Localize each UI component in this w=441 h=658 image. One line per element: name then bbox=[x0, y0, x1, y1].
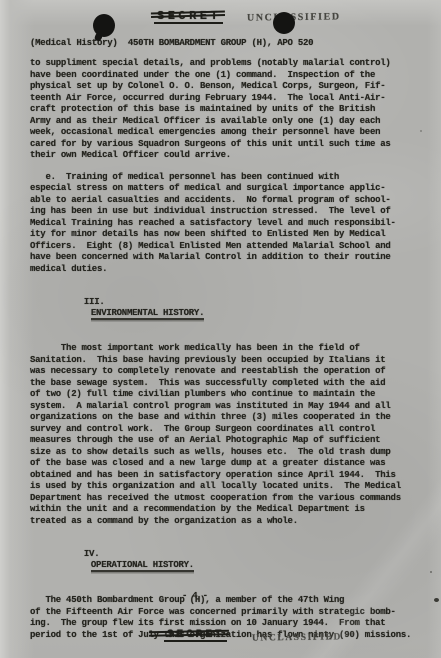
paragraph-operational-summary: The 450th Bombardment Group (H), a membe… bbox=[30, 595, 432, 641]
document-title-line: (Medical History) 450TH BOMBARDMENT GROU… bbox=[30, 38, 313, 50]
hole-punch-mark-left bbox=[93, 14, 115, 37]
paragraph-sanitation-and-malarial-control: The most important work medically has be… bbox=[30, 343, 432, 527]
page-number: - 4 - bbox=[182, 591, 208, 603]
paragraph-training-of-medical-personnel: e. Training of medical personnel has bee… bbox=[30, 172, 432, 276]
paragraph-medical-history-continued: to suppliment special details, and probl… bbox=[30, 58, 432, 162]
paper-speck bbox=[420, 130, 422, 132]
section-number: IV. bbox=[84, 549, 99, 559]
section-heading-operational-history: IV. OPERATIONAL HISTORY. bbox=[30, 537, 432, 583]
section-number: III. bbox=[84, 297, 105, 307]
footer-classification-secret-struck: SECRET bbox=[167, 629, 225, 641]
scanned-document-page: SECRET UNCLASSIFIED (Medical History) 45… bbox=[0, 0, 441, 658]
footer-unclassified-stamp: UNCLASSIFIED bbox=[252, 632, 342, 643]
paper-speck bbox=[430, 571, 432, 573]
document-body: to suppliment special details, and probl… bbox=[30, 58, 432, 651]
section-title-underlined: OPERATIONAL HISTORY. bbox=[91, 560, 194, 572]
section-heading-environmental-history: III. ENVIRONMENTAL HISTORY. bbox=[30, 285, 432, 331]
header-classification-secret-struck: SECRET bbox=[157, 9, 221, 23]
paper-speck bbox=[434, 598, 439, 602]
hole-punch-mark-right bbox=[273, 12, 295, 34]
section-title-underlined: ENVIRONMENTAL HISTORY. bbox=[91, 308, 204, 320]
